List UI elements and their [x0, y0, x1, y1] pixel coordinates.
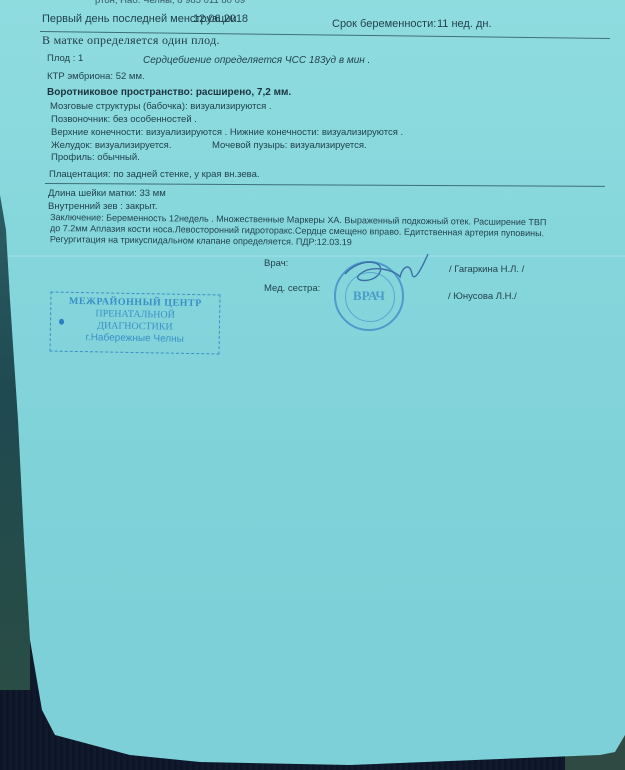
doctor-name: / Гагаркина Н.Л. / — [449, 264, 524, 275]
divider — [45, 183, 605, 187]
heartbeat-finding: Сердцебиение определяется ЧСС 183уд в ми… — [143, 55, 370, 66]
internal-os: Внутренний зев : закрыт. — [48, 201, 157, 212]
doctor-signature-icon — [340, 252, 450, 302]
anatomy-brain: Мозговые структуры (бабочка): визуализир… — [50, 101, 272, 112]
anatomy-profile: Профиль: обычный. — [51, 152, 140, 163]
doctor-label: Врач: — [264, 258, 288, 269]
crl-finding: КТР эмбриона: 52 мм. — [47, 71, 145, 82]
placenta-finding: Плацентация: по задней стенке, у края вн… — [49, 169, 260, 180]
cervix-length: Длина шейки матки: 33 мм — [48, 188, 166, 199]
paper-fold — [0, 255, 625, 257]
anatomy-bladder: Мочевой пузырь: визуализируется. — [212, 140, 367, 151]
anatomy-stomach: Желудок: визуализируется. — [51, 140, 171, 151]
center-stamp: МЕЖРАЙОННЫЙ ЦЕНТР ПРЕНАТАЛЬНОЙ ДИАГНОСТИ… — [49, 292, 220, 355]
conclusion: Заключение: Беременность 12недель . Множ… — [50, 212, 610, 251]
nurse-label: Мед. сестра: — [264, 283, 320, 294]
anatomy-spine: Позвоночник: без особенностей . — [51, 114, 197, 125]
gestational-age-value: 11 нед. дн. — [437, 18, 492, 30]
nurse-name: / Юнусова Л.Н./ — [448, 291, 517, 302]
lmp-value: 12.06.2018 — [193, 13, 248, 25]
anatomy-limbs: Верхние конечности: визуализируются . Ни… — [51, 127, 403, 138]
stamp-line: г.Набережные Челны — [51, 332, 219, 347]
gestational-age-label: Срок беременности: — [332, 18, 436, 30]
nuchal-finding: Воротниковое пространство: расширено, 7,… — [47, 87, 291, 98]
stamp-dot — [59, 319, 64, 325]
header-fragment: ртон, Наб. Челны, 8 985 011 80 09 — [95, 0, 245, 6]
uterus-finding: В матке определяется один плод. — [42, 33, 220, 48]
fetus-count: Плод : 1 — [47, 53, 83, 64]
ultrasound-report-page: ртон, Наб. Челны, 8 985 011 80 09 Первый… — [0, 0, 625, 765]
